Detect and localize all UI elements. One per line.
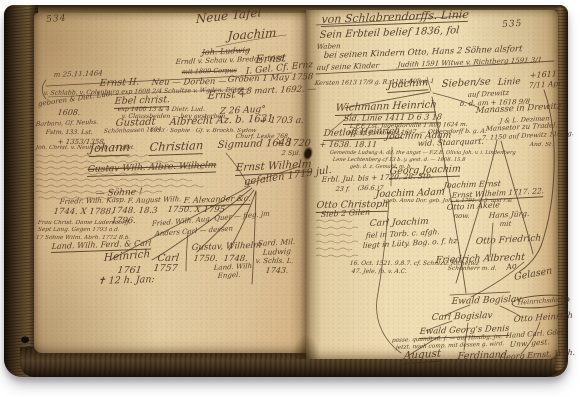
handwritten-entry: Gemeinde Ludwig A. dd. the angst — F.Z.E… xyxy=(329,151,516,156)
handwritten-entry: mit xyxy=(499,221,512,228)
handwritten-entry: Barbara, Gf. Neuhs. xyxy=(35,120,98,128)
handwritten-entry: + 1638. 18.11 xyxy=(319,141,378,149)
left-page-number: 534 xyxy=(46,15,67,25)
handwritten-entry: Sein Erbteil belief 1836, fol xyxy=(319,26,460,41)
handwritten-entry: 1757 xyxy=(153,264,178,274)
handwritten-entry: 1608. xyxy=(57,109,81,117)
handwritten-entry: Neue Tafel xyxy=(196,6,262,25)
handwriting-layer: 534 535 Neue TafelJoachimJoh. LudwigErnd… xyxy=(0,0,580,397)
handwritten-entry: 1750. xyxy=(193,255,218,264)
handwritten-entry: Erbl. Jul. bis + 1720. 28. Stb. xyxy=(321,172,433,183)
handwritten-entry: Johann xyxy=(89,142,131,157)
handwritten-entry: Otto Heinrich xyxy=(514,312,574,325)
handwritten-entry: Lene Lechtenberg cf 13 b. y. gest. d. — … xyxy=(332,158,465,163)
handwritten-entry: Joachim xyxy=(387,78,428,93)
handwritten-entry: Sept Lang. Gegen 1793 a.d. xyxy=(37,228,120,234)
handwritten-entry: Unw. gest. xyxy=(510,338,550,348)
handwritten-entry: Ernst II. xyxy=(99,78,140,89)
handwritten-entry: Friedr. Wilh. Kasp. xyxy=(59,197,126,206)
handwritten-entry: Gustav, Wilhelm xyxy=(191,242,261,253)
handwritten-entry: Ao xyxy=(506,262,517,272)
handwritten-entry: 23 f. xyxy=(335,186,350,193)
handwritten-entry: Gustav Wilh. Albre. Wilhelm xyxy=(87,162,217,178)
handwritten-entry: now. xyxy=(453,213,470,220)
handwritten-entry: + 1720 xyxy=(275,139,311,149)
handwritten-entry: Otto Friedrich xyxy=(475,235,541,247)
handwritten-entry: Hans Jürg. xyxy=(488,210,529,220)
handwritten-entry: Heinrich xyxy=(104,249,151,264)
handwritten-entry: Gelasen xyxy=(514,266,552,282)
handwritten-entry: Fstm. 133. Lst. xyxy=(45,130,93,136)
handwritten-entry: F. August Wilh. xyxy=(127,196,181,205)
handwritten-entry: Christian xyxy=(149,140,204,155)
handwritten-entry: Schönherr m. d. xyxy=(447,266,497,272)
handwritten-entry: 1750. X 1795 xyxy=(167,206,225,215)
handwritten-entry: + 1703 a. xyxy=(259,117,305,126)
handwritten-entry: 47. Jele. fo. v. A.C. xyxy=(351,269,407,275)
handwritten-entry: Z 8 mart. 1692. — xyxy=(237,85,316,96)
handwritten-entry: 7/11 Apr. xyxy=(529,80,564,90)
handwritten-entry: ✝ 12 h. Jan: xyxy=(97,275,155,287)
right-page-number: 535 xyxy=(502,20,523,30)
photo-of-open-genealogy-book: 534 535 Neue TafelJoachimJoh. LudwigErnd… xyxy=(0,0,580,397)
handwritten-entry: Georg Ernst. Wilh. xyxy=(500,349,576,362)
handwritten-entry: Judith 1591 Witwe v. Richtberg 1591 3/1 xyxy=(397,57,542,69)
handwritten-entry: von Schlabrendorffs. Linie xyxy=(321,9,470,27)
handwritten-entry: Sieben/se xyxy=(441,77,491,90)
handwritten-entry: Gröben 1 May 1758 xyxy=(227,73,313,85)
handwritten-entry: 2 Spl. xyxy=(281,150,301,157)
handwritten-entry: 1744. X 1788. xyxy=(53,208,114,217)
handwritten-entry: Engel. xyxy=(218,272,241,280)
handwritten-entry: m 25.11.1464 xyxy=(53,70,103,79)
handwritten-entry: Joachim xyxy=(227,27,276,42)
handwritten-entry: Frau Christ. Dame Lüdersdorff. xyxy=(37,221,131,227)
handwritten-entry: August xyxy=(403,348,441,363)
handwritten-entry: Anders Carl — dessen xyxy=(155,226,234,239)
handwritten-entry: And. St. xyxy=(529,143,553,149)
handwritten-entry: v. Schls. L. xyxy=(255,258,294,265)
handwritten-entry: 1743. xyxy=(265,267,289,275)
handwritten-entry: Sieb 2 Gilen xyxy=(320,208,370,219)
handwritten-entry: 1748. 18.3 xyxy=(111,207,158,216)
handwritten-entry: wid. Staarquart. xyxy=(417,138,484,148)
handwritten-entry: Linie xyxy=(497,78,520,88)
handwritten-entry: auf seine Kinder xyxy=(316,62,379,72)
handwritten-entry: Carl Bogislav xyxy=(431,312,493,323)
handwritten-entry: Ludwig xyxy=(262,248,291,257)
